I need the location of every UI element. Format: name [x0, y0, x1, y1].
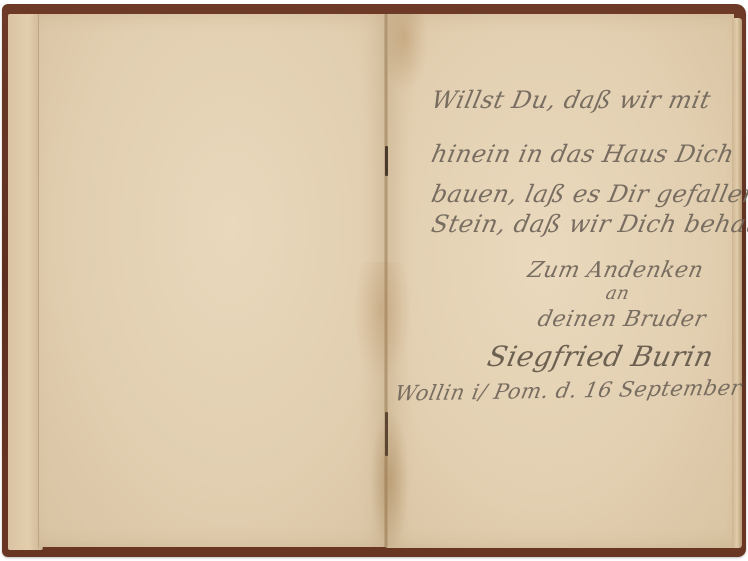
inscription-line-2: hinein in das Haus Dich [429, 140, 737, 168]
inscription-line-1: Willst Du, daß wir mit [429, 86, 714, 114]
inscription-dedication: Zum Andenken [525, 258, 705, 283]
inscription-line-4: Stein, daß wir Dich behauen. [429, 210, 748, 238]
inscription-signature: Siegfried Burin [484, 340, 716, 373]
binding-staple-bottom [385, 412, 388, 456]
water-stain-middle [352, 262, 412, 382]
inscription-line-3: bauen, laß es Dir gefallen [429, 180, 748, 208]
binding-staple-top [385, 146, 388, 176]
left-page [38, 14, 387, 547]
photo-scene: Willst Du, daß wir mit hinein in das Hau… [0, 0, 748, 561]
water-stain-bottom [370, 410, 410, 550]
water-stain-top [388, 14, 428, 94]
inscription-an: an [604, 283, 632, 304]
right-page-stack [732, 18, 742, 548]
inscription-relation: deinen Bruder [535, 307, 708, 332]
